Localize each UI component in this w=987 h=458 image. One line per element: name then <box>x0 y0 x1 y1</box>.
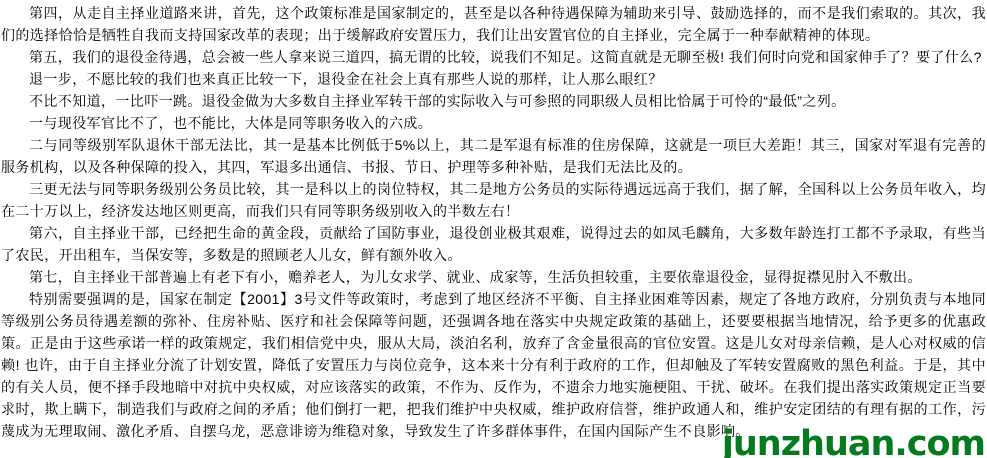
paragraph-6: 二与同等级别军队退休干部无法比，其一是基本比例低于5%以上，其二是军退有标准的住… <box>1 134 986 178</box>
paragraph-3: 退一步，不愿比较的我们也来真正比较一下，退役金在社会上真有那些人说的那样，让人那… <box>1 68 986 90</box>
paragraph-4: 不比不知道，一比吓一跳。退役金做为大多数自主择业军转干部的实际收入与可参照的同职… <box>1 90 986 112</box>
paragraph-8: 第六，自主择业干部，已经把生命的黄金段，贡献给了国防事业，退役创业极其艰难，说得… <box>1 222 986 266</box>
paragraph-1: 第四，从走自主择业道路来讲，首先，这个政策标准是国家制定的，甚至是以各种待遇保障… <box>1 2 986 46</box>
document-page: 第四，从走自主择业道路来讲，首先，这个政策标准是国家制定的，甚至是以各种待遇保障… <box>0 0 987 458</box>
watermark: junzhuan.com <box>722 427 985 458</box>
paragraph-10: 特别需要强调的是，国家在制定【2001】3号文件等政策时，考虑到了地区经济不平衡… <box>1 288 986 442</box>
paragraph-7: 三更无法与同等职务级别公务员比较，其一是科以上的岗位特权，其二是地方公务员的实际… <box>1 178 986 222</box>
document-body: 第四，从走自主择业道路来讲，首先，这个政策标准是国家制定的，甚至是以各种待遇保障… <box>0 0 987 442</box>
paragraph-9: 第七，自主择业干部普遍上有老下有小，赡养老人，为儿女求学、就业、成家等，生活负担… <box>1 266 986 288</box>
paragraph-5: 一与现役军官比不了，也不能比，大体是同等职务收入的六成。 <box>1 112 986 134</box>
paragraph-2: 第五，我们的退役金待遇，总会被一些人拿来说三道四，搞无谓的比较，说我们不知足。这… <box>1 46 986 68</box>
